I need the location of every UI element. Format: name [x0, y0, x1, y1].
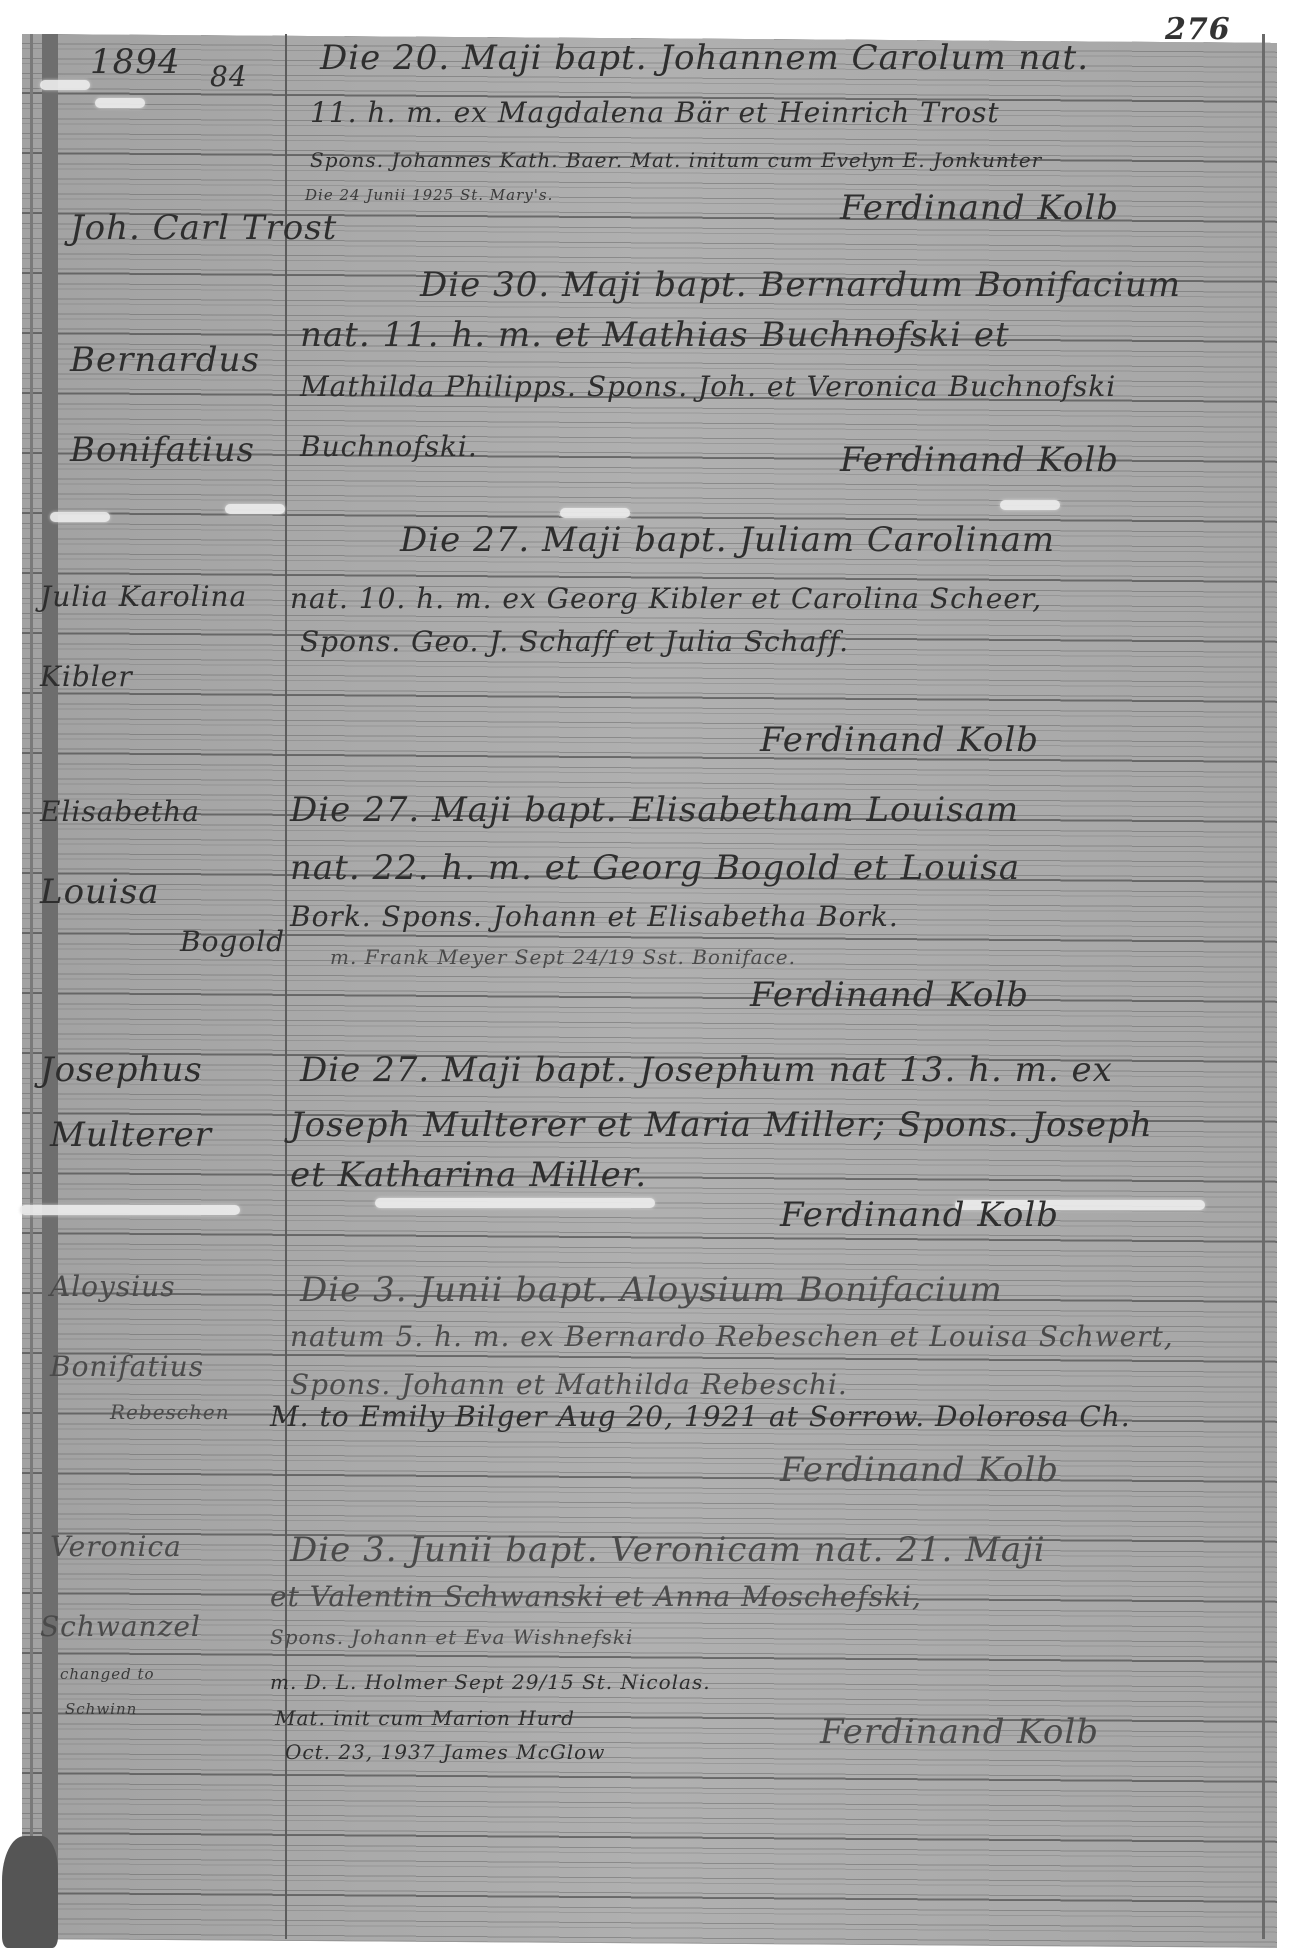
entry-line: Buchnofski.	[300, 430, 478, 463]
entry-line: nat. 11. h. m. et Mathias Buchnofski et	[300, 315, 1010, 355]
entry-line: et Valentin Schwanski et Anna Moschefski…	[270, 1580, 922, 1613]
corner-damage	[2, 1836, 58, 1948]
entry-line: Spons. Geo. J. Schaff et Julia Schaff.	[300, 625, 849, 658]
entry-line: Bork. Spons. Johann et Elisabetha Bork.	[290, 900, 899, 933]
entry-margin-name: Multerer	[50, 1115, 212, 1155]
entry-margin-name: Bernardus	[70, 340, 260, 380]
entry-margin-name: Bonifatius	[70, 430, 255, 470]
priest-signature: Ferdinand Kolb	[840, 440, 1119, 480]
entry-margin-name: Schwanzel	[40, 1610, 201, 1643]
entry-annotation: Mat. init cum Marion Hurd	[275, 1706, 575, 1730]
entry-line: Die 27. Maji bapt. Josephum nat 13. h. m…	[300, 1050, 1113, 1090]
entry-line: nat. 22. h. m. et Georg Bogold et Louisa	[290, 848, 1020, 888]
priest-signature: Ferdinand Kolb	[780, 1195, 1059, 1235]
tape-mark	[560, 508, 630, 518]
tape-mark	[50, 512, 110, 522]
entry-line: Die 20. Maji bapt. Johannem Carolum nat.	[320, 38, 1089, 78]
entry-margin-name: Kibler	[40, 660, 133, 693]
entry-margin-name: Joh. Carl Trost	[70, 208, 337, 248]
tape-mark	[225, 504, 285, 514]
entry-line: 11. h. m. ex Magdalena Bär et Heinrich T…	[310, 96, 1000, 129]
column-divider	[285, 34, 287, 1939]
entry-line: nat. 10. h. m. ex Georg Kibler et Caroli…	[290, 582, 1042, 615]
entry-line: Die 27. Maji bapt. Juliam Carolinam	[400, 520, 1055, 560]
page-number: 276	[1165, 12, 1231, 47]
entry-annotation: Die 24 Junii 1925 St. Mary's.	[305, 186, 553, 204]
priest-signature: Ferdinand Kolb	[760, 720, 1039, 760]
entry-line: Die 27. Maji bapt. Elisabetham Louisam	[290, 790, 1019, 830]
tape-mark	[40, 80, 90, 90]
entry-margin-name: Bogold	[180, 925, 285, 958]
entry-line: Die 30. Maji bapt. Bernardum Bonifacium	[420, 265, 1181, 305]
entry-margin-note: changed to	[60, 1665, 155, 1683]
entry-margin-name: Rebeschen	[110, 1400, 230, 1424]
tape-mark	[375, 1198, 655, 1208]
year: 1894	[90, 42, 181, 82]
entry-margin-note: Schwinn	[65, 1700, 137, 1718]
top-margin	[22, 0, 1289, 36]
entry-line: Die 3. Junii bapt. Veronicam nat. 21. Ma…	[290, 1530, 1046, 1570]
record-number: 84	[210, 60, 248, 93]
entry-line: Die 3. Junii bapt. Aloysium Bonifacium	[300, 1270, 1003, 1310]
entry-annotation: Oct. 23, 1937 James McGlow	[285, 1740, 605, 1764]
margin-rule	[42, 34, 58, 1939]
entry-annotation: m. D. L. Holmer Sept 29/15 St. Nicolas.	[270, 1670, 711, 1694]
priest-signature: Ferdinand Kolb	[840, 188, 1119, 228]
tape-mark	[20, 1205, 240, 1215]
entry-line: et Katharina Miller.	[290, 1155, 647, 1195]
entry-line: Mathilda Philipps. Spons. Joh. et Veroni…	[300, 370, 1116, 403]
entry-margin-name: Aloysius	[50, 1270, 176, 1303]
entry-margin-name: Elisabetha	[40, 795, 200, 828]
tape-mark	[95, 98, 145, 108]
tape-mark	[1000, 500, 1060, 510]
entry-margin-name: Veronica	[50, 1530, 182, 1563]
entry-margin-name: Bonifatius	[50, 1350, 204, 1383]
entry-annotation: m. Frank Meyer Sept 24/19 Sst. Boniface.	[330, 945, 796, 969]
entry-line: Spons. Johannes Kath. Baer. Mat. initum …	[310, 148, 1042, 172]
binding-edge	[30, 34, 33, 1939]
entry-margin-name: Julia Karolina	[40, 580, 247, 613]
entry-line: Spons. Johann et Eva Wishnefski	[270, 1625, 633, 1649]
priest-signature: Ferdinand Kolb	[750, 975, 1029, 1015]
priest-signature: Ferdinand Kolb	[820, 1712, 1099, 1752]
entry-line: Spons. Johann et Mathilda Rebeschi.	[290, 1368, 848, 1401]
entry-annotation: M. to Emily Bilger Aug 20, 1921 at Sorro…	[270, 1400, 1131, 1433]
entry-line: natum 5. h. m. ex Bernardo Rebeschen et …	[290, 1320, 1174, 1353]
entry-margin-name: Louisa	[40, 872, 160, 912]
priest-signature: Ferdinand Kolb	[780, 1450, 1059, 1490]
entry-margin-name: Josephus	[40, 1050, 203, 1090]
entry-line: Joseph Multerer et Maria Miller; Spons. …	[290, 1105, 1153, 1145]
page-right-edge	[1262, 34, 1265, 1939]
